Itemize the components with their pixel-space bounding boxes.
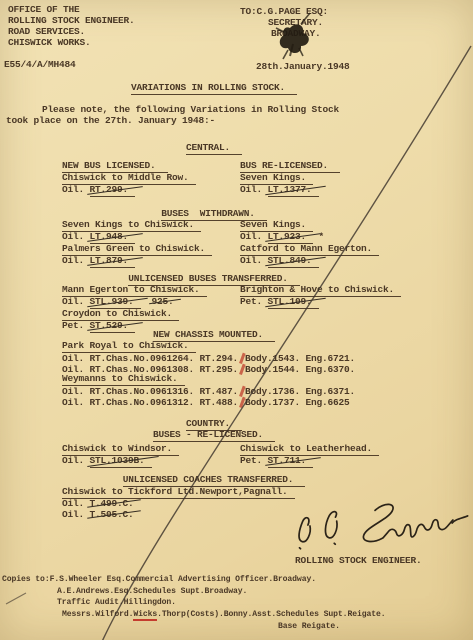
fleet-line: Oil. LT.879. <box>62 256 135 268</box>
red-underlined-name: Wicks <box>133 610 157 621</box>
intro-line-1: Please note, the following Variations in… <box>42 105 339 115</box>
heading-buses-withdrawn: BUSES WITHDRAWN. <box>0 209 428 219</box>
fuel-type: Oil. <box>62 498 90 509</box>
copies-line-4: Messrs.Wilford.Wicks.Thorp(Costs).Bonny.… <box>62 610 386 620</box>
fleet-line: Oil. RT.299. <box>62 185 135 197</box>
route-line: Chiswick to Leatherhead. <box>240 444 379 454</box>
section-central-label: CENTRAL. <box>186 142 242 155</box>
addressee-line: TO:C.G.PAGE ESQ: <box>240 7 328 17</box>
route-line: Seven Kings to Chiswick. <box>62 220 201 230</box>
copies-line-2: A.E.Andrews.Esq.Schedules Supt.Broadway. <box>57 587 247 597</box>
copies-line-5: Base Reigate. <box>278 622 340 632</box>
fuel-type: Oil. <box>240 184 268 195</box>
copies-line-4-post: .Thorp(Costs).Bonny.Asst.Schedules Supt.… <box>157 610 385 619</box>
route-line: Catford to Mann Egerton. <box>240 244 379 254</box>
route-line: Chiswick to Middle Row. <box>62 173 196 183</box>
fuel-type: Oil. <box>62 184 90 195</box>
heading-new-bus-licensed: NEW BUS LICENSED. <box>62 161 168 171</box>
fuel-type: Oil. <box>62 231 90 242</box>
fuel-type: Pet. <box>240 455 268 466</box>
office-line-3: ROAD SERVICES. <box>8 27 85 37</box>
fleet-line: Oil. LT.1377. <box>240 185 319 197</box>
heading-bus-relicensed: BUS RE-LICENSED. <box>240 161 340 171</box>
route-line: Palmers Green to Chiswick. <box>62 244 212 254</box>
fleet-number: STL.109. <box>268 297 319 309</box>
heading-unlicensed-buses: UNLICENSED BUSES TRANSFERRED. <box>0 274 428 284</box>
red-check-icon <box>234 362 245 375</box>
fleet-line: Pet. ST.711. <box>240 456 313 468</box>
heading-new-chassis: NEW CHASSIS MOUNTED. <box>0 330 428 340</box>
copies-line-3: Traffic Audit.Hillingdon. <box>57 598 176 608</box>
route-line: Chiswick to Windsor. <box>62 444 179 454</box>
body-engine-detail: Body.1544. Eng.6370. <box>245 364 355 375</box>
fleet-number: LT.1377. <box>268 185 319 197</box>
fleet-line: Oil. T.505.C. <box>62 510 134 520</box>
route-line: Seven Kings. <box>240 173 313 183</box>
heading-country-relicensed: BUSES - RE-LICENSED. <box>0 430 428 440</box>
document-title-line: VARIATIONS IN ROLLING STOCK. <box>0 83 428 93</box>
section-country: COUNTRY. <box>0 419 428 429</box>
fleet-number-2: 925. <box>152 297 174 307</box>
fleet-number: ST.711. <box>268 456 314 468</box>
pen-dash <box>6 593 26 604</box>
fleet-line: Oil. STL.1039B. <box>62 456 152 468</box>
body-engine-detail: Body.1737. Eng.6625 <box>245 397 350 408</box>
section-central: CENTRAL. <box>0 143 428 153</box>
route-line: Park Royal to Chiswick. <box>62 341 196 351</box>
fleet-number: LT.879. <box>90 256 136 268</box>
fuel-type: Oil. <box>62 296 90 307</box>
route-line: Seven Kings. <box>240 220 313 230</box>
addressee-location: BROADWAY. <box>271 29 321 39</box>
heading-unlicensed-coaches: UNLICENSED COACHES TRANSFERRED. <box>0 475 428 485</box>
reference-number: E55/4/A/MH484 <box>4 60 76 70</box>
route-line: Chiswick to Tickford Ltd.Newport,Pagnall… <box>62 487 295 497</box>
fleet-line: Oil. STL.849. <box>240 256 319 268</box>
fuel-type: Pet. <box>240 296 268 307</box>
fuel-type: Oil. <box>62 255 90 266</box>
fleet-number: STL.849. <box>268 256 319 268</box>
route-line: Weymanns to Chiswick. <box>62 374 185 384</box>
office-line-2: ROLLING STOCK ENGINEER. <box>8 16 135 26</box>
red-check-icon <box>234 395 245 408</box>
handwritten-signature <box>292 498 470 550</box>
document-page: OFFICE OF THE ROLLING STOCK ENGINEER. RO… <box>0 0 473 640</box>
office-line-1: OFFICE OF THE <box>8 5 80 15</box>
document-date: 28th.January.1948 <box>256 62 350 72</box>
chassis-detail: Oil. RT.Chas.No.0961312. RT.488. <box>62 397 238 408</box>
fleet-number: T.505.C. <box>90 510 134 520</box>
route-line: Mann Egerton to Chiswick. <box>62 285 207 295</box>
fuel-type: Oil. <box>62 509 90 520</box>
fleet-number: T.499.C. <box>90 499 134 509</box>
addressee-title: SECRETARY. <box>268 18 323 28</box>
fleet-line: Pet. STL.109. <box>240 297 319 309</box>
fleet-number: STL.1039B. <box>90 456 152 468</box>
copies-line-1: Copies to:F.S.Wheeler Esq.Commercial Adv… <box>2 575 316 585</box>
chassis-row: Oil. RT.Chas.No.0961312. RT.488.Body.173… <box>62 396 350 408</box>
copies-line-4-pre: Messrs.Wilford. <box>62 610 133 619</box>
fleet-number: RT.299. <box>90 185 136 197</box>
fuel-type: Oil. <box>240 255 268 266</box>
intro-line-2: took place on the 27th. January 1948:- <box>6 116 215 126</box>
route-line: Brighton & Hove to Chiswick. <box>240 285 401 295</box>
fuel-type: Oil. <box>62 455 90 466</box>
fleet-line: Oil. T.499.C. <box>62 499 134 509</box>
signatory-role: ROLLING STOCK ENGINEER. <box>295 556 422 566</box>
heading-country-relicensed-label: BUSES - RE-LICENSED. <box>153 429 275 442</box>
office-line-4: CHISWICK WORKS. <box>8 38 91 48</box>
route-line: Croydon to Chiswick. <box>62 309 179 319</box>
fuel-type: Oil. <box>240 231 268 242</box>
document-title: VARIATIONS IN ROLLING STOCK. <box>131 82 297 95</box>
